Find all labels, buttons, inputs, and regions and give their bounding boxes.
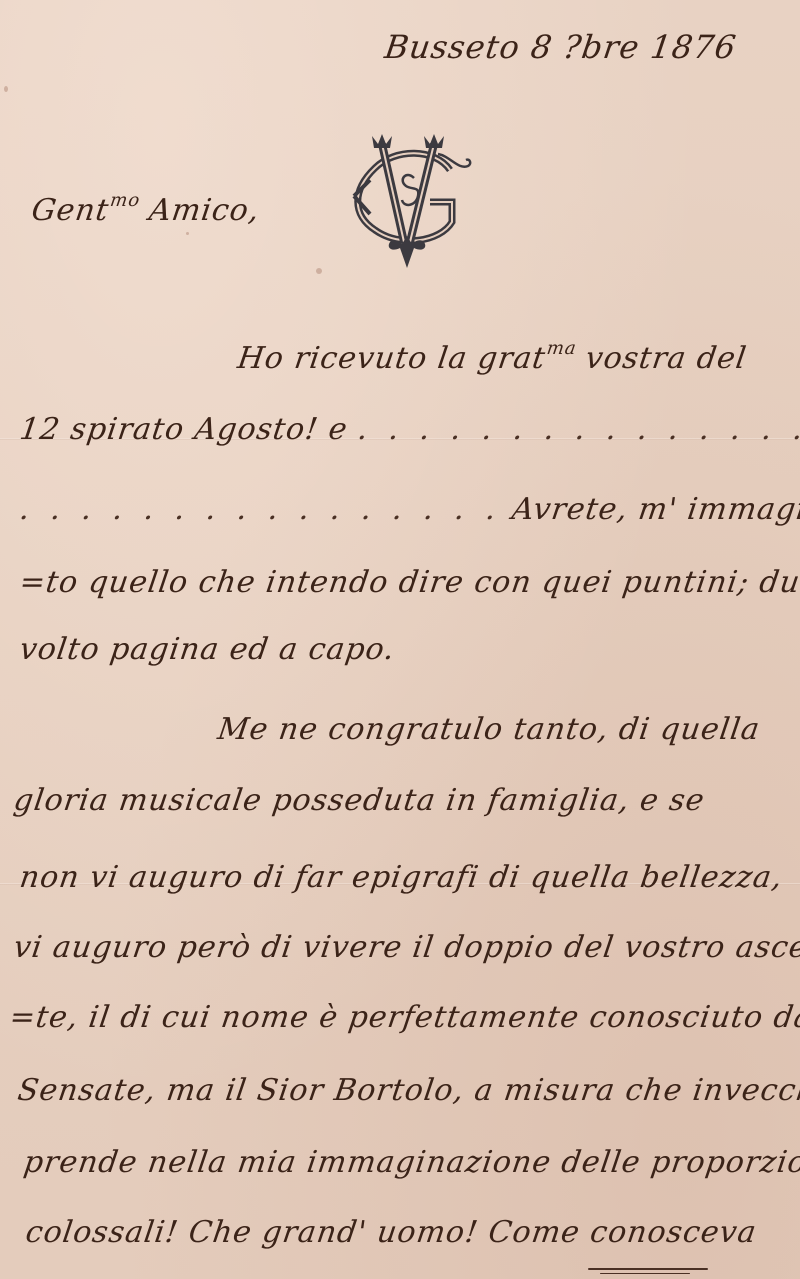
paper-stain (316, 268, 322, 274)
body-line-10: =te, il di cui nome è perfettamente cono… (8, 1000, 800, 1035)
crowned-vg-monogram-icon (340, 130, 475, 270)
body-text: Avrete, m' immagino, capi- (499, 492, 800, 527)
body-line-3: . . . . . . . . . . . . . . . . Avrete, … (18, 492, 800, 527)
body-text: vostra del (573, 341, 749, 376)
body-line-2: 12 spirato Agosto! e . . . . . . . . . .… (18, 412, 800, 447)
body-line-11: Sensate, ma il Sior Bortolo, a misura ch… (16, 1073, 800, 1108)
paper-stain (4, 86, 8, 92)
body-text: Ho ricevuto la grat (235, 341, 548, 376)
ellipsis-dots: . . . . . . . . . . . . . . . . (356, 412, 800, 447)
salutation-rest: Amico, (136, 193, 262, 228)
body-line-1: Ho ricevuto la gratma vostra del (235, 338, 749, 376)
body-line-8: non vi auguro di far epigrafi di quella … (18, 860, 785, 895)
body-line-13: colossali! Che grand' uomo! Come conosce… (24, 1215, 759, 1250)
body-line-9: vi auguro però di vivere il doppio del v… (12, 930, 800, 965)
salutation-word: Gent (29, 193, 111, 228)
body-text: 12 spirato Agosto! e (18, 412, 350, 447)
ellipsis-dots: . . . . . . . . . . . . . . . . (18, 492, 505, 527)
body-line-4: =to quello che intendo dire con quei pun… (18, 565, 800, 600)
salutation: Gentmo Amico, (29, 190, 262, 228)
salutation-superscript: mo (109, 190, 142, 211)
flourish-underline (588, 1268, 708, 1270)
superscript: ma (545, 338, 578, 359)
place-date: Busseto 8 ?bre 1876 (382, 28, 739, 66)
paper-stain (186, 232, 189, 235)
body-line-7: gloria musicale posseduta in famiglia, e… (12, 783, 708, 818)
flourish-underline (600, 1273, 690, 1274)
letter-page: Busseto 8 ?bre 1876 Gentmo (0, 0, 800, 1279)
body-line-6: Me ne congratulo tanto, di quella (216, 712, 763, 747)
body-line-12: prende nella mia immaginazione delle pro… (22, 1145, 800, 1180)
body-line-5: volto pagina ed a capo. (18, 632, 398, 667)
